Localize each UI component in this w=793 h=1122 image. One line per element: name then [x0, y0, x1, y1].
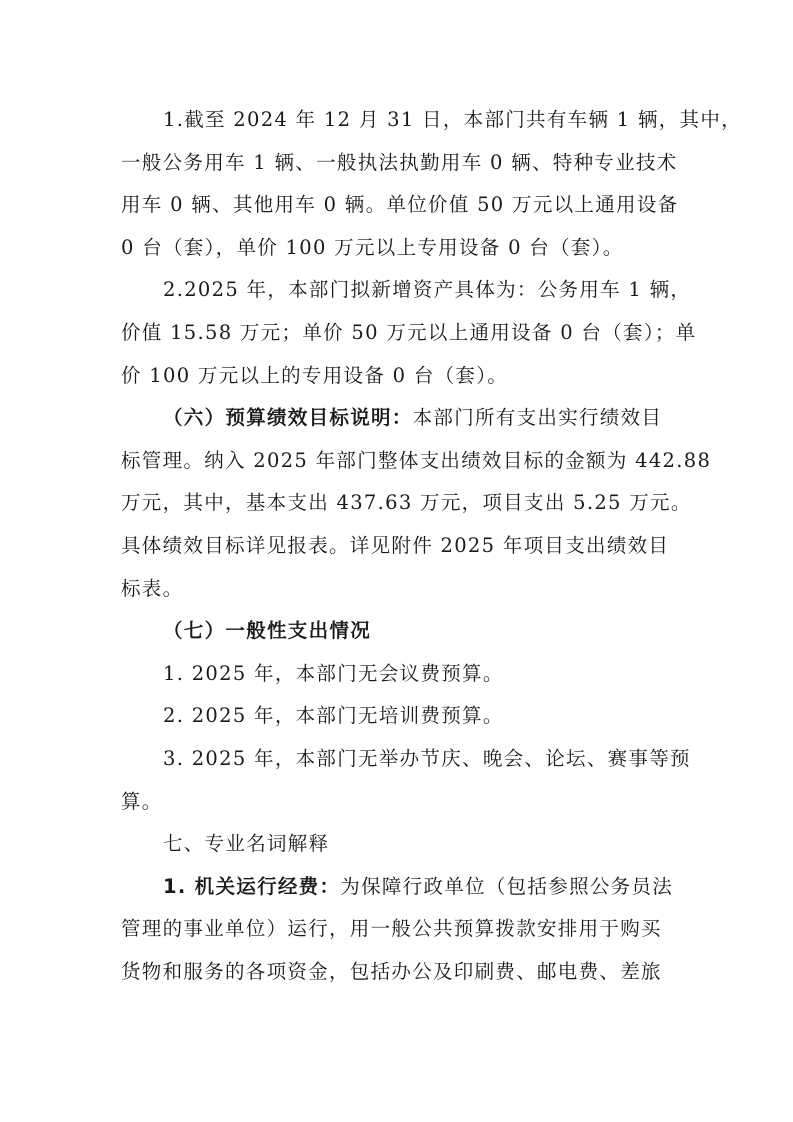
text-line: 万元，其中，基本支出 437.63 万元，项目支出 5.25 万元。: [121, 482, 671, 525]
glossary-section: 七、专业名词解释 1. 机关运行经费：为保障行政单位（包括参照公务员法 管理的事…: [121, 823, 671, 993]
text-line: 标表。: [121, 568, 671, 611]
text-line: 用车 0 辆、其他用车 0 辆。单位价值 50 万元以上通用设备: [121, 184, 671, 227]
term-label: 1. 机关运行经费：: [163, 875, 340, 898]
asset-paragraph-1: 1.截至 2024 年 12 月 31 日，本部门共有车辆 1 辆，其中， 一般…: [121, 99, 671, 269]
text-line: 价值 15.58 万元；单价 50 万元以上通用设备 0 台（套）；单: [121, 312, 671, 355]
text-line: 1.截至 2024 年 12 月 31 日，本部门共有车辆 1 辆，其中，: [121, 99, 671, 142]
list-item: 2. 2025 年，本部门无培训费预算。: [121, 695, 671, 738]
text-line: 一般公务用车 1 辆、一般执法执勤用车 0 辆、特种专业技术: [121, 142, 671, 185]
text-fragment: 本部门所有支出实行绩效目: [413, 406, 663, 429]
document-page: 1.截至 2024 年 12 月 31 日，本部门共有车辆 1 辆，其中， 一般…: [121, 99, 671, 993]
asset-paragraph-2: 2.2025 年，本部门拟新增资产具体为：公务用车 1 辆， 价值 15.58 …: [121, 269, 671, 397]
text-line: 货物和服务的各项资金，包括办公及印刷费、邮电费、差旅: [121, 951, 671, 994]
general-expense-section: （七）一般性支出情况 1. 2025 年，本部门无会议费预算。 2. 2025 …: [121, 610, 671, 823]
text-line: 标管理。纳入 2025 年部门整体支出绩效目标的金额为 442.88: [121, 440, 671, 483]
text-line: （六）预算绩效目标说明：本部门所有支出实行绩效目: [121, 397, 671, 440]
text-fragment: 为保障行政单位（包括参照公务员法: [340, 875, 673, 898]
text-line: 价 100 万元以上的专用设备 0 台（套）。: [121, 355, 671, 398]
list-item: 1. 2025 年，本部门无会议费预算。: [121, 653, 671, 696]
text-line: 0 台（套），单价 100 万元以上专用设备 0 台（套）。: [121, 227, 671, 270]
text-line: 管理的事业单位）运行，用一般公共预算拨款安排用于购买: [121, 908, 671, 951]
list-item: 3. 2025 年，本部门无举办节庆、晚会、论坛、赛事等预: [121, 738, 671, 781]
text-line: 算。: [121, 781, 671, 824]
text-line: 具体绩效目标详见报表。详见附件 2025 年项目支出绩效目: [121, 525, 671, 568]
text-line: 1. 机关运行经费：为保障行政单位（包括参照公务员法: [121, 866, 671, 909]
section-six-heading: （六）预算绩效目标说明：: [163, 406, 413, 429]
text-line: 2.2025 年，本部门拟新增资产具体为：公务用车 1 辆，: [121, 269, 671, 312]
chapter-seven-heading: 七、专业名词解释: [121, 823, 671, 866]
performance-target-paragraph: （六）预算绩效目标说明：本部门所有支出实行绩效目 标管理。纳入 2025 年部门…: [121, 397, 671, 610]
section-seven-heading: （七）一般性支出情况: [121, 610, 671, 653]
